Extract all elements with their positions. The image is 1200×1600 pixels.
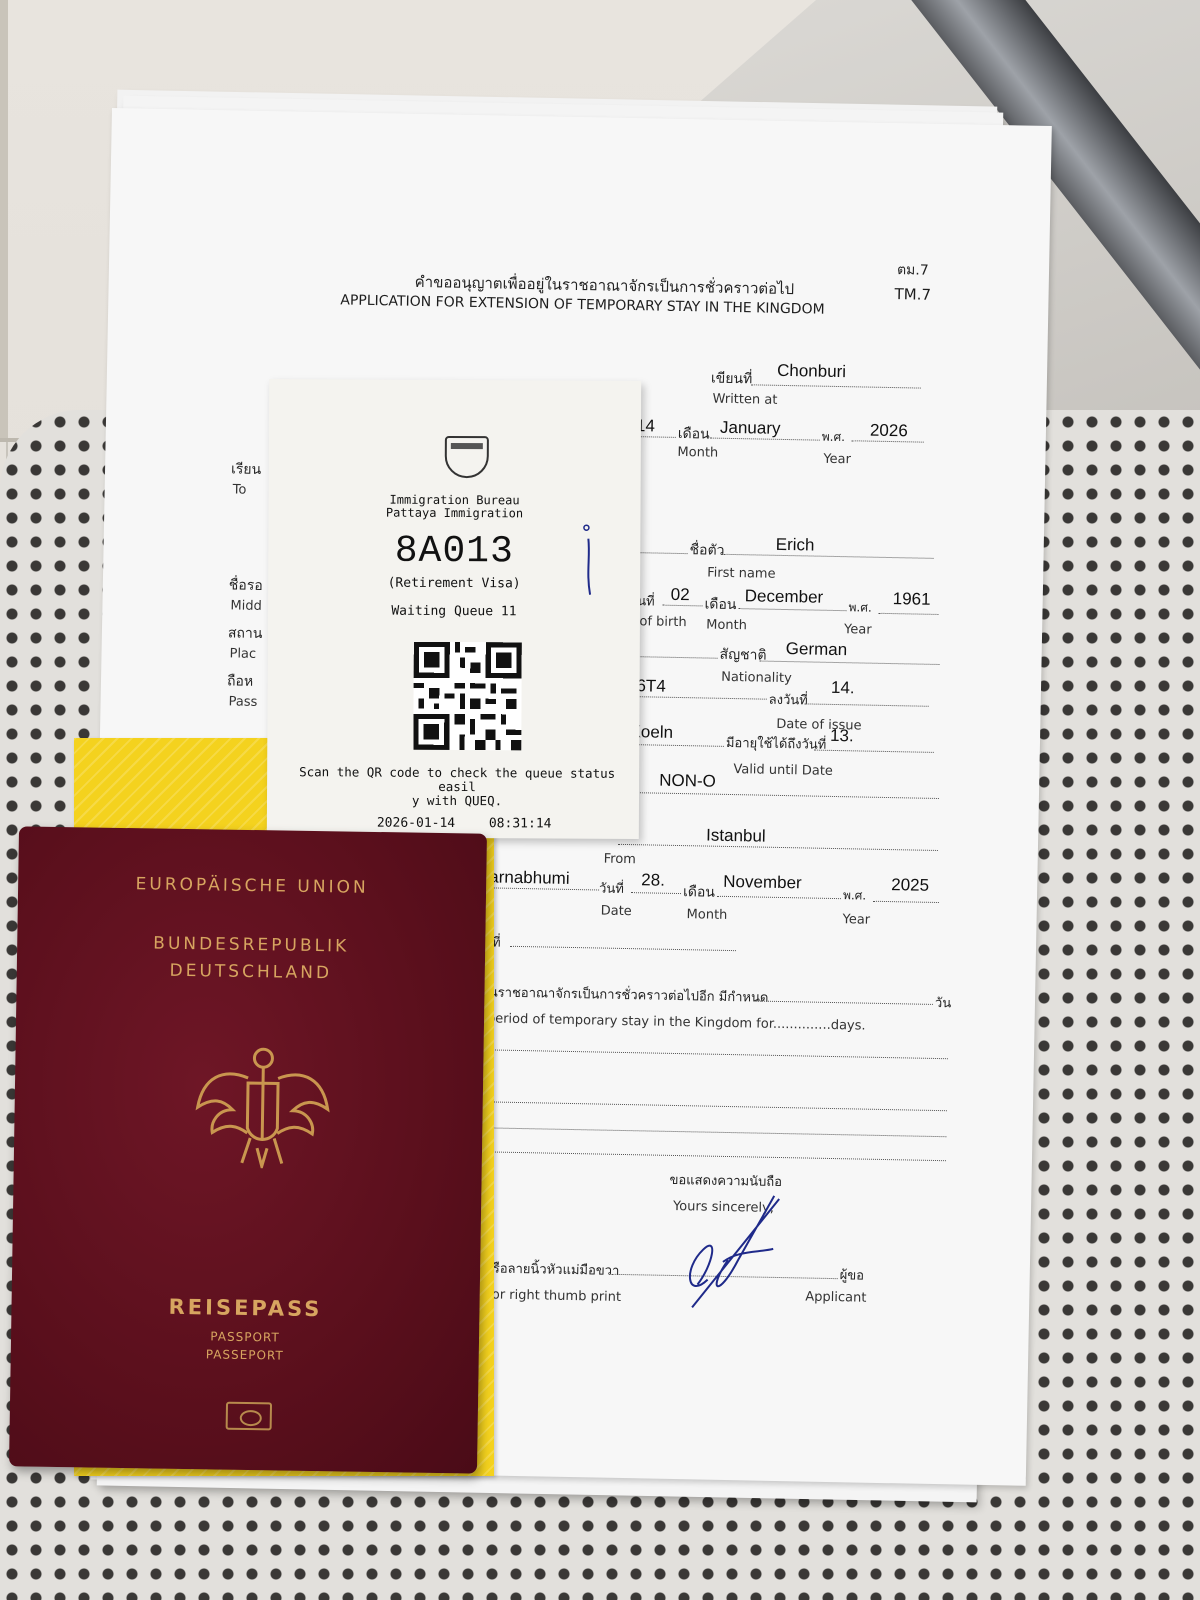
german-passport: EUROPÄISCHE UNION BUNDESREPUBLIK DEUTSCH…	[9, 826, 487, 1473]
form-code-thai: ตม.7	[897, 259, 929, 282]
first-name-value: Erich	[776, 535, 815, 556]
date-year: 2026	[870, 421, 908, 442]
arrival-date-label: Date	[601, 904, 632, 920]
place-label: Plac	[229, 646, 256, 662]
stay-thai: อยู่ในราชอาณาจักรเป็นการชั่วคราวต่อไปอีก…	[467, 981, 769, 1008]
applicant-label: Applicant	[805, 1290, 866, 1306]
middle-name-label: Midd	[230, 598, 262, 614]
stay-text: on period of temporary stay in the Kingd…	[466, 1011, 865, 1034]
biometric-chip-icon	[226, 1402, 272, 1431]
passport-subtitle: PASSPORT PASSEPORT	[11, 1324, 480, 1367]
arrival-day: 28.	[641, 870, 665, 890]
to-thai: เรียน	[231, 458, 261, 481]
visa-type-value: NON-O	[659, 771, 716, 792]
date-month: January	[720, 418, 781, 439]
passport-title: REISEPASS	[11, 1292, 479, 1323]
signature-scribble	[677, 1189, 789, 1311]
first-name-thai: ชื่อตัว	[689, 539, 724, 562]
nationality-thai: สัญชาติ	[719, 644, 766, 667]
year-thai: พ.ศ.	[822, 428, 846, 447]
month-label: Month	[677, 445, 718, 461]
dob-year-label: Year	[844, 622, 872, 638]
arrival-year-label: Year	[842, 912, 870, 928]
ticket-time: 08:31:14	[489, 816, 552, 831]
arrival-month: November	[723, 872, 802, 894]
passport-thai: ถือห	[227, 670, 254, 692]
arrival-year-thai: พ.ศ.	[843, 886, 867, 905]
immigration-emblem-icon	[445, 436, 489, 478]
written-at-thai: เขียนที่	[711, 368, 753, 391]
dob-month-thai: เดือน	[704, 593, 736, 616]
nationality-value: German	[786, 639, 848, 660]
valid-until-thai: มีอายุใช้ได้ถึงวันที่	[726, 732, 827, 755]
scan-instructions: Scan the QR code to check the queue stat…	[287, 765, 627, 809]
month-thai: เดือน	[678, 423, 710, 446]
to-label: To	[233, 482, 247, 497]
tile-seam	[0, 0, 8, 440]
place-thai: สถาน	[228, 622, 263, 645]
queue-ticket: Immigration Bureau Pattaya Immigration 8…	[267, 379, 641, 839]
dob-year: 1961	[893, 589, 931, 610]
dob-year-thai: พ.ศ.	[848, 598, 872, 617]
nationality-label: Nationality	[721, 670, 792, 686]
dob-month: December	[745, 586, 824, 608]
federal-eagle-icon	[192, 1037, 334, 1169]
passport-country: BUNDESREPUBLIK DEUTSCHLAND	[17, 928, 486, 989]
arrival-month-label: Month	[686, 907, 727, 923]
from-value: Istanbul	[706, 826, 766, 847]
waiting-queue: Waiting Queue 11	[268, 603, 640, 620]
arrival-day-thai: วันที่	[599, 877, 624, 898]
issue-date-thai: ลงวันที่	[769, 689, 808, 711]
qr-code-icon	[413, 642, 522, 751]
valid-until-label: Valid until Date	[733, 762, 833, 779]
arrival-year: 2025	[891, 875, 929, 896]
applicant-thai: ผู้ขอ	[840, 1264, 865, 1285]
written-at-label: Written at	[712, 392, 777, 408]
year-label: Year	[823, 452, 851, 468]
written-at-value: Chonburi	[777, 361, 846, 382]
dob-day: 02	[671, 585, 690, 605]
form-code: TM.7	[894, 285, 931, 304]
first-name-label: First name	[707, 566, 776, 582]
from-label: From	[604, 852, 637, 868]
ticket-date: 2026-01-14	[377, 816, 455, 831]
passport-union: EUROPÄISCHE UNION	[18, 872, 486, 899]
stay-thai-unit: วัน	[935, 992, 952, 1013]
issue-date-value: 14.	[831, 678, 855, 698]
passport-label: Pass	[228, 694, 257, 710]
ticket-bureau: Immigration Bureau Pattaya Immigration	[268, 493, 640, 521]
pen-mark	[576, 523, 606, 599]
dob-month-label: Month	[706, 618, 747, 634]
middle-name-thai: ชื่อรอ	[229, 574, 263, 597]
ticket-office-name: Pattaya Immigration	[268, 506, 640, 521]
arrival-month-thai: เดือน	[683, 881, 715, 904]
valid-until-value: 13.	[830, 726, 854, 746]
